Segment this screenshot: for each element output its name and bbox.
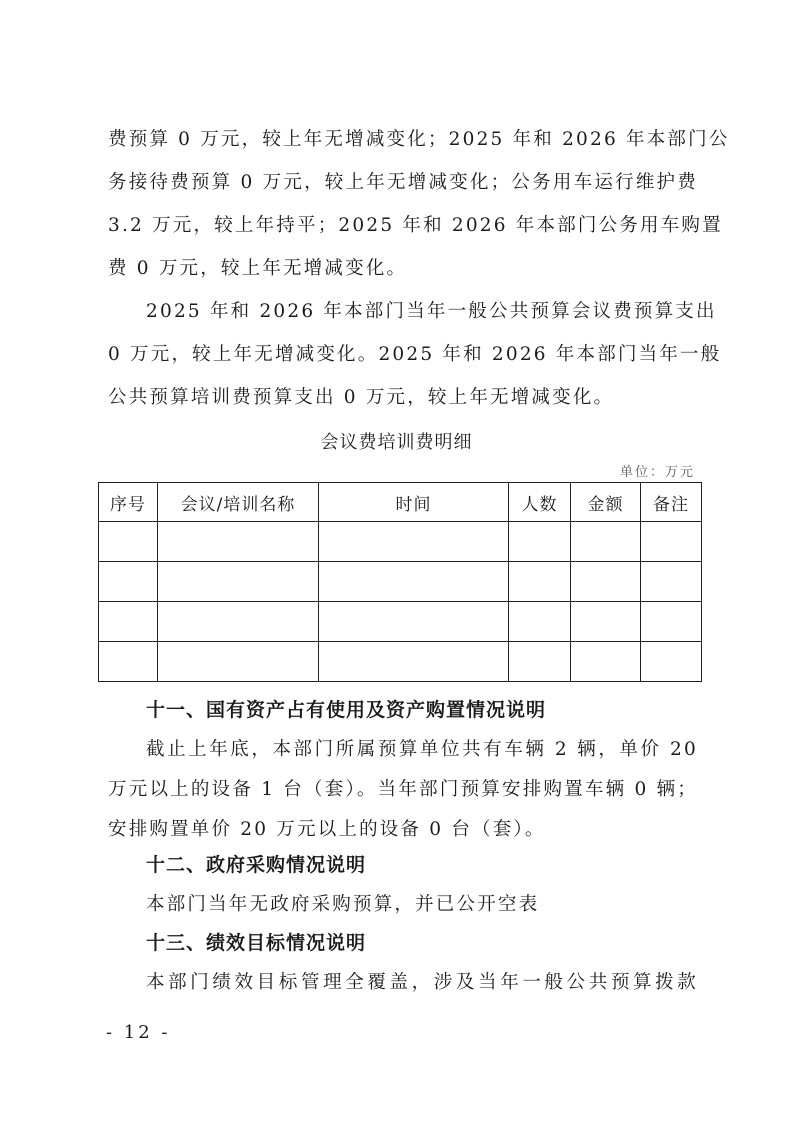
table-cell <box>509 522 571 562</box>
table-cell <box>158 562 319 602</box>
table-cell <box>158 642 319 682</box>
table-cell <box>319 642 509 682</box>
table-unit-label: 单位：万元 <box>620 461 695 480</box>
table-cell <box>319 562 509 602</box>
table-cell <box>509 602 571 642</box>
table-cell <box>641 602 702 642</box>
column-header-attendees: 人数 <box>509 483 571 522</box>
column-header-index: 序号 <box>99 483 158 522</box>
text-line: 万元以上的设备 1 台（套）。当年部门预算安排购置车辆 0 辆； <box>108 778 698 802</box>
text-line: 费 0 万元，较上年无增减变化。 <box>108 257 698 281</box>
table-header-row: 序号 会议/培训名称 时间 人数 金额 备注 <box>99 483 702 522</box>
text-line: 务接待费预算 0 万元，较上年无增减变化；公务用车运行维护费 <box>108 171 698 195</box>
section-13-heading: 十三、绩效目标情况说明 <box>146 931 366 955</box>
table-cell <box>571 522 641 562</box>
column-header-amount: 金额 <box>571 483 641 522</box>
meeting-training-fee-table: 序号 会议/培训名称 时间 人数 金额 备注 <box>98 482 702 682</box>
section-13-body: 本部门绩效目标管理全覆盖，涉及当年一般公共预算拨款 <box>146 971 698 995</box>
table-cell <box>99 602 158 642</box>
table-cell <box>571 602 641 642</box>
table-cell <box>509 562 571 602</box>
table-cell <box>99 562 158 602</box>
table-row <box>99 562 702 602</box>
column-header-name: 会议/培训名称 <box>158 483 319 522</box>
table-cell <box>641 562 702 602</box>
table-row <box>99 602 702 642</box>
text-line: 3.2 万元，较上年持平；2025 年和 2026 年本部门公务用车购置 <box>108 214 698 238</box>
table-row <box>99 642 702 682</box>
table-cell <box>99 642 158 682</box>
table-cell <box>319 602 509 642</box>
table-cell <box>158 522 319 562</box>
section-12-body: 本部门当年无政府采购预算，并已公开空表 <box>146 893 698 917</box>
table-cell <box>319 522 509 562</box>
table-cell <box>509 642 571 682</box>
page-number: - 12 - <box>106 1022 171 1043</box>
section-11-heading: 十一、国有资产占有使用及资产购置情况说明 <box>146 698 546 722</box>
text-line: 公共预算培训费预算支出 0 万元，较上年无增减变化。 <box>108 386 698 410</box>
text-line: 截止上年底，本部门所属预算单位共有车辆 2 辆，单价 20 <box>146 738 698 762</box>
table-cell <box>99 522 158 562</box>
table-row <box>99 522 702 562</box>
text-line: 0 万元，较上年无增减变化。2025 年和 2026 年本部门当年一般 <box>108 343 698 367</box>
table-cell <box>641 522 702 562</box>
section-12-heading: 十二、政府采购情况说明 <box>146 853 366 877</box>
table-cell <box>158 602 319 642</box>
text-line: 费预算 0 万元，较上年无增减变化；2025 年和 2026 年本部门公 <box>108 128 698 152</box>
text-line: 2025 年和 2026 年本部门当年一般公共预算会议费预算支出 <box>146 300 698 324</box>
column-header-remarks: 备注 <box>641 483 702 522</box>
text-line: 安排购置单价 20 万元以上的设备 0 台（套）。 <box>108 818 698 842</box>
column-header-time: 时间 <box>319 483 509 522</box>
table-cell <box>571 562 641 602</box>
table-cell <box>641 642 702 682</box>
table-cell <box>571 642 641 682</box>
table-title: 会议费培训费明细 <box>0 428 793 454</box>
